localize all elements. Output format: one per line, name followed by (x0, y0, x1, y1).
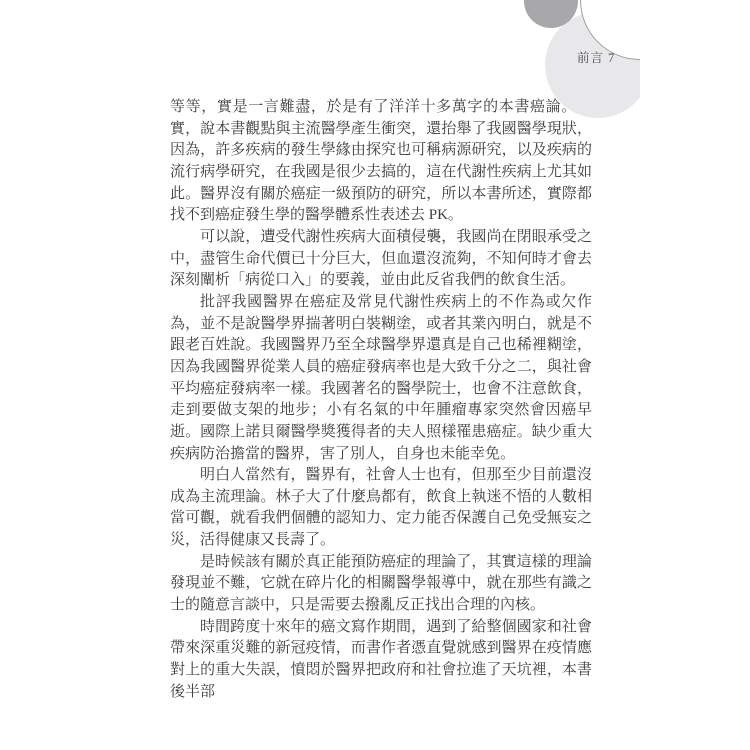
paragraph: 是時候該有關於真正能預防癌症的理論了，其實這樣的理論發現並不難，它就在碎片化的相… (170, 552, 592, 617)
paragraph: 可以說，遭受代謝性疾病大面積侵襲，我國尚在閉眼承受之中，盡管生命代價已十分巨大，… (170, 227, 592, 292)
book-page: 前言7 等等，實是一言難盡，於是有了洋洋十多萬字的本書癌論。其實，說本書觀點與主… (0, 0, 750, 750)
paragraph: 等等，實是一言難盡，於是有了洋洋十多萬字的本書癌論。其實，說本書觀點與主流醫學產… (170, 97, 592, 227)
preface-text: 等等，實是一言難盡，於是有了洋洋十多萬字的本書癌論。其實，說本書觀點與主流醫學產… (170, 97, 592, 703)
paragraph: 明白人當然有，醫界有，社會人士也有，但那至少目前還沒成為主流理論。林子大了什麼鳥… (170, 465, 592, 552)
paragraph: 時間跨度十來年的癌文寫作期間，遇到了給整個國家和社會帶來深重災難的新冠疫情，而書… (170, 617, 592, 704)
page-number: 7 (608, 51, 614, 65)
decorative-circle-dark (524, 0, 578, 28)
section-title: 前言 (577, 51, 604, 65)
paragraph: 批評我國醫界在癌症及常見代謝性疾病上的不作為或欠作為，並不是說醫學界揣著明白裝糊… (170, 292, 592, 465)
page-header: 前言7 (577, 48, 614, 66)
